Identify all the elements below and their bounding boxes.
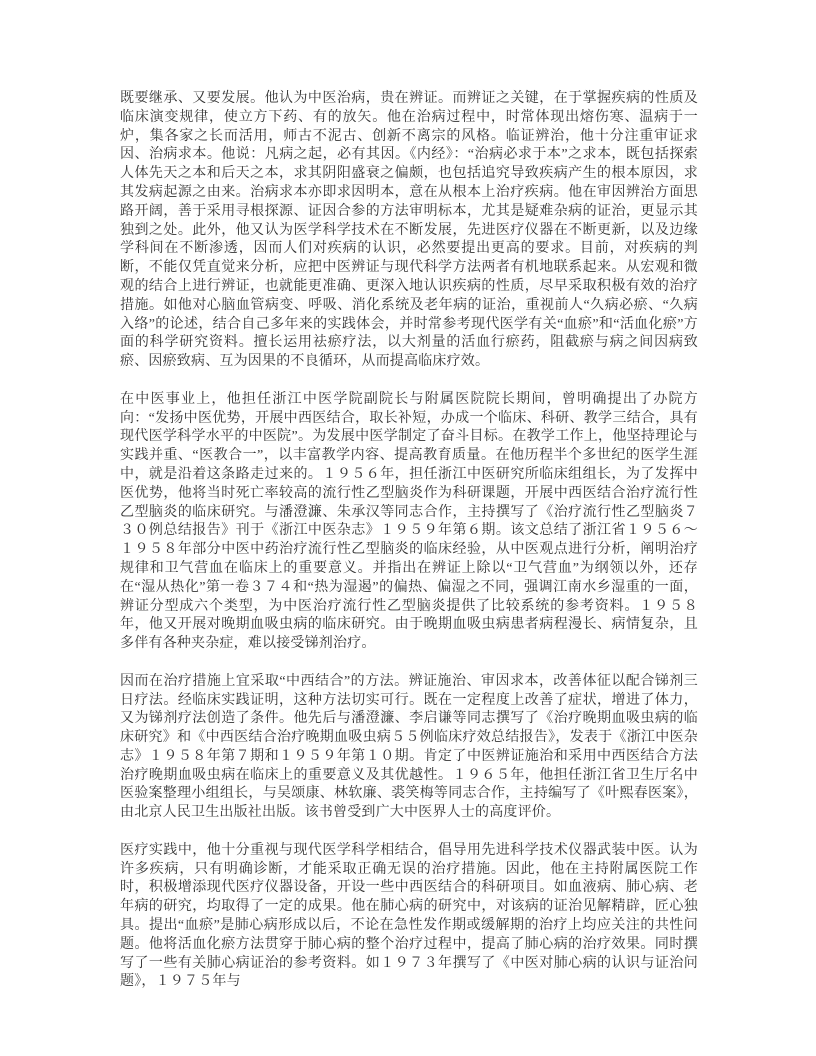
paragraph-4: 医疗实践中，他十分重视与现代医学科学相结合，倡导用先进科学技术仪器武装中医。认为… [120, 842, 698, 992]
text-body: 既要继承、又要发展。他认为中医治病，贵在辨证。而辨证之关键，在于掌握疾病的性质及… [120, 90, 698, 992]
paragraph-2: 在中医事业上，他担任浙江中医学院副院长与附属医院院长期间，曾明确提出了办院方向：… [120, 391, 698, 654]
paragraph-1: 既要继承、又要发展。他认为中医治病，贵在辨证。而辨证之关键，在于掌握疾病的性质及… [120, 90, 698, 372]
paragraph-3: 因而在治疗措施上宜采取“中西结合”的方法。辨证施治、审因求本，改善体征以配合锑剂… [120, 673, 698, 823]
document-page: 既要继承、又要发展。他认为中医治病，贵在辨证。而辨证之关键，在于掌握疾病的性质及… [0, 0, 816, 1056]
